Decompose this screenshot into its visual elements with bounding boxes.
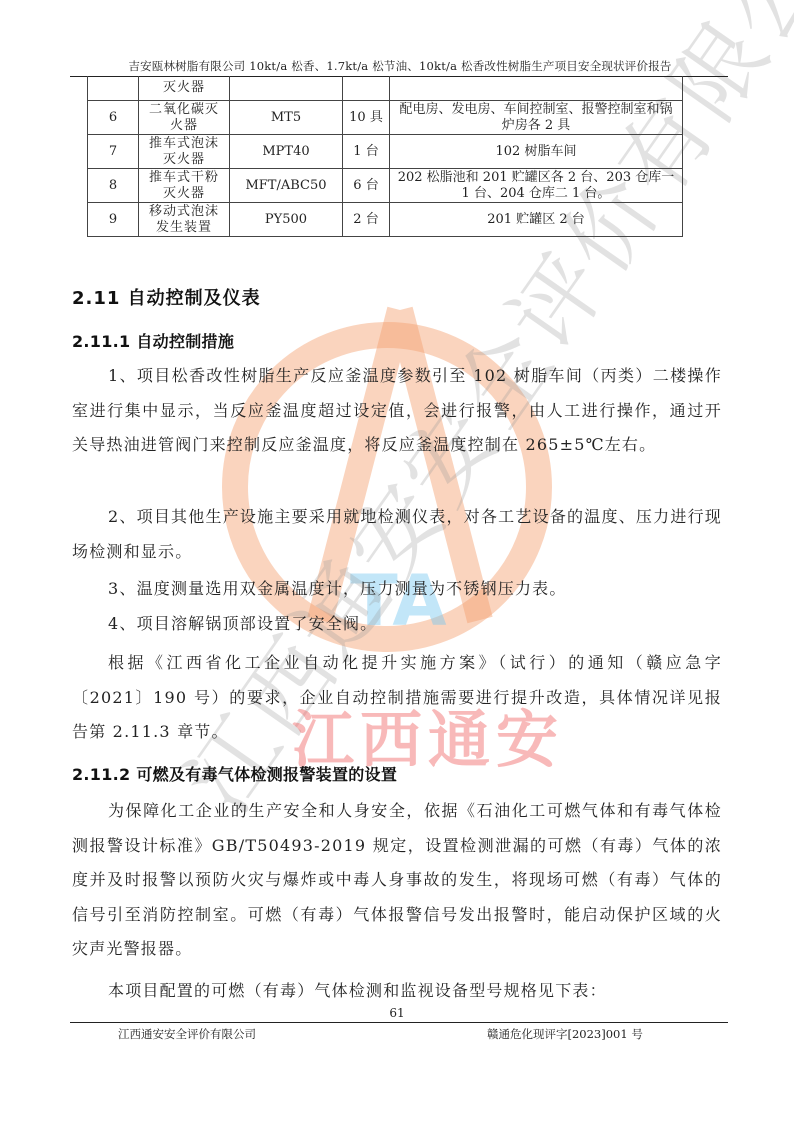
cell-name: 移动式泡沫发生装置	[139, 203, 230, 237]
paragraph-item-3: 3、温度测量选用双金属温度计，压力测量为不锈钢压力表。	[72, 572, 722, 607]
cell-qty	[343, 76, 390, 101]
table-row: 8 推车式干粉灭火器 MFT/ABC50 6 台 202 松脂池和 201 贮罐…	[88, 169, 683, 203]
cell-no: 6	[88, 101, 139, 135]
cell-model: MPT40	[230, 135, 343, 169]
cell-qty: 10 具	[343, 101, 390, 135]
cell-no: 7	[88, 135, 139, 169]
cell-name: 推车式干粉灭火器	[139, 169, 230, 203]
footer-divider	[70, 1022, 728, 1023]
cell-location: 201 贮罐区 2 台	[390, 203, 683, 237]
cell-location: 202 松脂池和 201 贮罐区各 2 台、203 仓库一 1 台、204 仓库…	[390, 169, 683, 203]
subsection-heading-2-11-1: 2.11.1 自动控制措施	[72, 329, 234, 352]
cell-model: PY500	[230, 203, 343, 237]
cell-no	[88, 76, 139, 101]
table-row: 7 推车式泡沫灭火器 MPT40 1 台 102 树脂车间	[88, 135, 683, 169]
document-page: TA 江西通安安全评价有限公司 江西通安 吉安瓯林树脂有限公司 10kt/a 松…	[0, 0, 794, 1123]
cell-qty: 6 台	[343, 169, 390, 203]
paragraph-item-4: 4、项目溶解锅顶部设置了安全阀。	[72, 607, 722, 642]
cell-model: MFT/ABC50	[230, 169, 343, 203]
cell-location: 102 树脂车间	[390, 135, 683, 169]
paragraph-item-1: 1、项目松香改性树脂生产反应釜温度参数引至 102 树脂车间（丙类）二楼操作室进…	[72, 359, 722, 463]
page-number: 61	[0, 1006, 794, 1020]
fire-equipment-table: 灭火器 6 二氧化碳灭火器 MT5 10 具 配电房、发电房、车间控制室、报警控…	[87, 76, 683, 237]
cell-name: 推车式泡沫灭火器	[139, 135, 230, 169]
cell-no: 8	[88, 169, 139, 203]
paragraph-upgrade-requirement: 根据《江西省化工企业自动化提升实施方案》（试行）的通知（赣应急字〔2021〕19…	[72, 646, 722, 750]
cell-model	[230, 76, 343, 101]
section-heading-2-11: 2.11 自动控制及仪表	[72, 284, 261, 310]
cell-name: 灭火器	[139, 76, 230, 101]
table-row: 9 移动式泡沫发生装置 PY500 2 台 201 贮罐区 2 台	[88, 203, 683, 237]
paragraph-table-intro: 本项目配置的可燃（有毒）气体检测和监视设备型号规格见下表：	[72, 974, 722, 1009]
cell-name: 二氧化碳灭火器	[139, 101, 230, 135]
cell-qty: 1 台	[343, 135, 390, 169]
paragraph-item-2: 2、项目其他生产设施主要采用就地检测仪表，对各工艺设备的温度、压力进行现场检测和…	[72, 500, 722, 569]
cell-model: MT5	[230, 101, 343, 135]
subsection-heading-2-11-2: 2.11.2 可燃及有毒气体检测报警装置的设置	[72, 762, 397, 785]
table-row-continued: 灭火器	[88, 76, 683, 101]
footer-company: 江西通安安全评价有限公司	[118, 1026, 256, 1042]
cell-location	[390, 76, 683, 101]
running-header: 吉安瓯林树脂有限公司 10kt/a 松香、1.7kt/a 松节油、10kt/a …	[70, 58, 730, 74]
footer-doc-number: 赣通危化现评字[2023]001 号	[487, 1026, 643, 1042]
cell-location: 配电房、发电房、车间控制室、报警控制室和锅炉房各 2 具	[390, 101, 683, 135]
cell-no: 9	[88, 203, 139, 237]
paragraph-gas-detection: 为保障化工企业的生产安全和人身安全，依据《石油化工可燃气体和有毒气体检测报警设计…	[72, 794, 722, 967]
table-row: 6 二氧化碳灭火器 MT5 10 具 配电房、发电房、车间控制室、报警控制室和锅…	[88, 101, 683, 135]
cell-qty: 2 台	[343, 203, 390, 237]
